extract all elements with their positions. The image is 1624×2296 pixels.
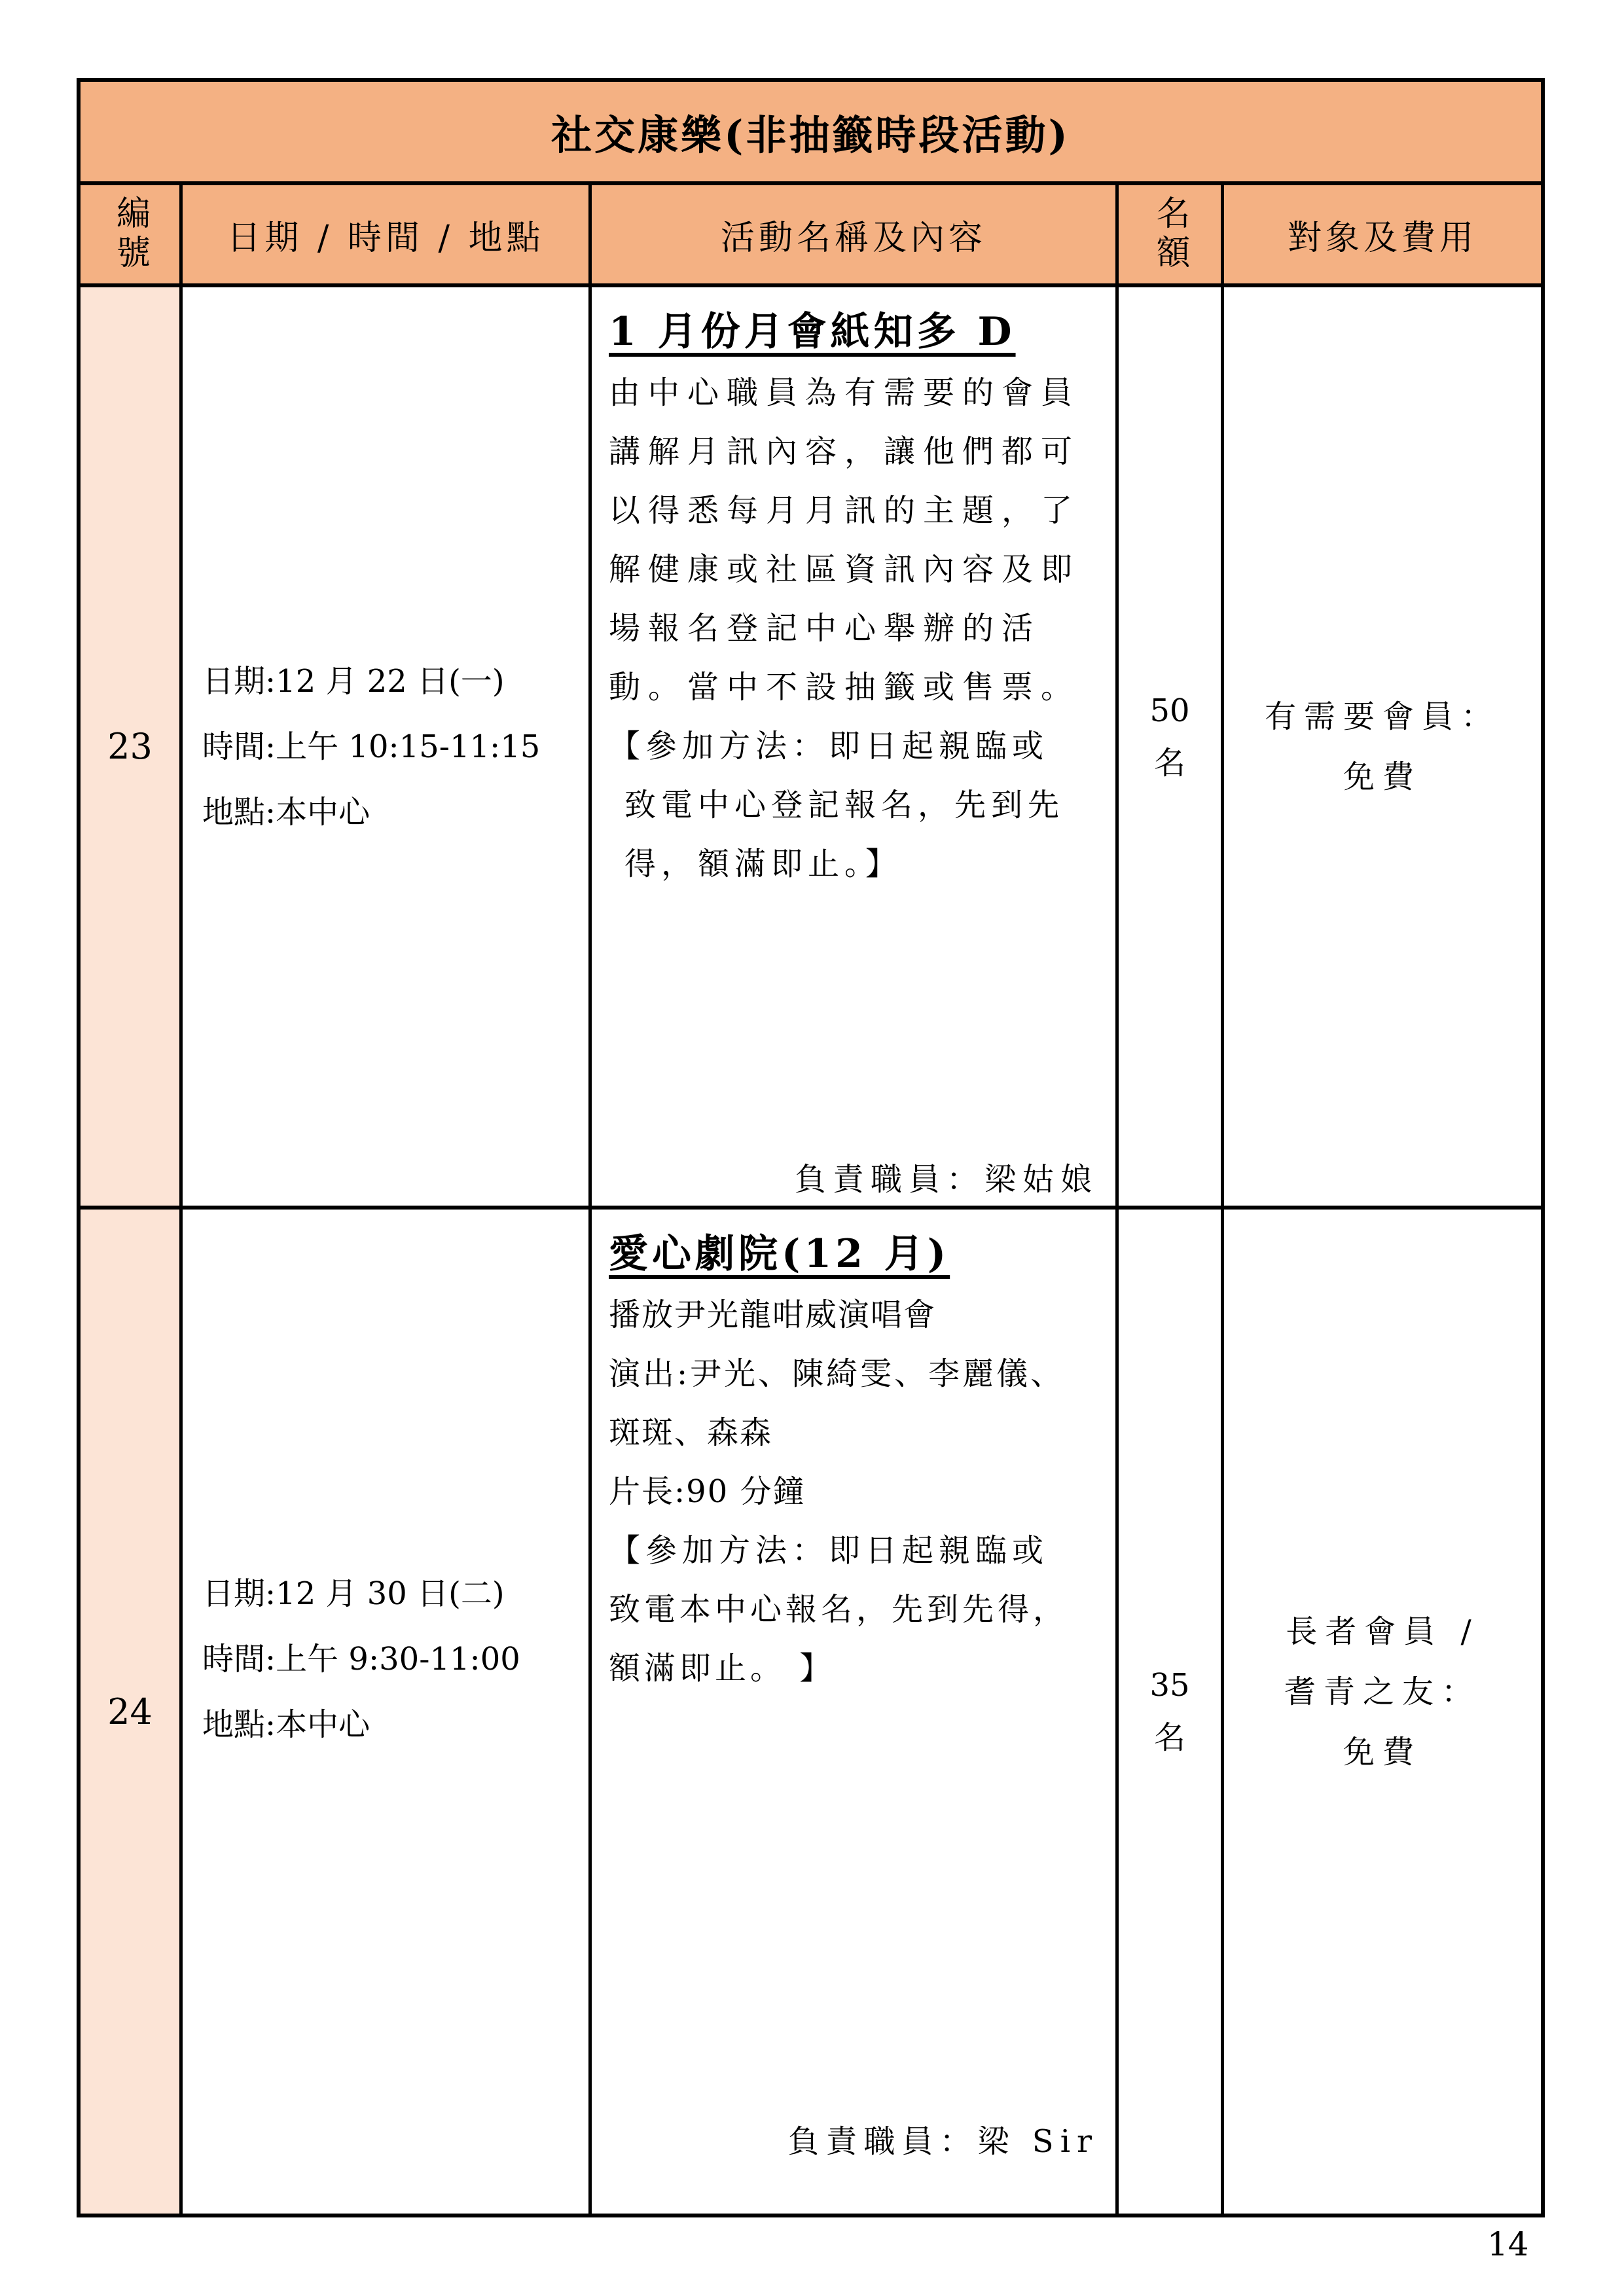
activity-description-line: 動。當中不設抽籤或售票。 xyxy=(609,658,1101,717)
column-divider xyxy=(179,181,183,2214)
column-header-datetime-label: 日期 / 時間 / 地點 xyxy=(226,210,544,259)
time-text: 時間:上午 9:30-11:00 xyxy=(202,1626,588,1692)
column-header-activity: 活動名稱及內容 xyxy=(592,185,1115,283)
target-fee-cell: 長者會員 / 耆青之友： 免費 xyxy=(1224,1210,1541,2214)
activity-cell: 愛心劇院(12 月) 播放尹光龍咁威演唱會 演出:尹光、陳綺雯、李麗儀、 斑斑、… xyxy=(592,1210,1115,2214)
quota-number: 35 xyxy=(1149,1659,1189,1712)
row-number-cell: 23 xyxy=(81,287,179,1206)
activity-table: 社交康樂(非抽籤時段活動) 編號 日期 / 時間 / 地點 活動名稱及內容 名額… xyxy=(77,78,1545,2217)
place-text: 地點:本中心 xyxy=(202,1692,588,1757)
enrollment-method-line: 【參加方法：即日起親臨或 xyxy=(609,1521,1101,1580)
datetime-cell: 日期:12 月 22 日(一) 時間:上午 10:15-11:15 地點:本中心 xyxy=(183,287,588,1206)
time-text: 時間:上午 10:15-11:15 xyxy=(202,714,588,780)
section-title: 社交康樂(非抽籤時段活動) xyxy=(81,82,1541,181)
date-text: 日期:12 月 30 日(二) xyxy=(202,1561,588,1626)
datetime-cell: 日期:12 月 30 日(二) 時間:上午 9:30-11:00 地點:本中心 xyxy=(183,1210,588,2214)
enrollment-method-line: 致電本中心報名，先到先得， xyxy=(609,1580,1101,1639)
row-number: 24 xyxy=(107,1691,153,1732)
staff-in-charge: 負責職員：梁姑娘 xyxy=(795,1154,1098,1199)
fee-text: 免費 xyxy=(1343,747,1422,807)
column-divider xyxy=(588,181,592,2214)
enrollment-method-line: 得，額滿即止。】 xyxy=(609,834,1101,893)
date-text: 日期:12 月 22 日(一) xyxy=(202,649,588,714)
column-header-quota: 名額 xyxy=(1119,185,1221,283)
column-header-number-label: 編號 xyxy=(113,195,147,274)
activity-description-line: 場報名登記中心舉辦的活 xyxy=(609,599,1101,658)
column-header-number: 編號 xyxy=(81,185,179,283)
target-text: 耆青之友： xyxy=(1284,1662,1481,1722)
activity-description-line: 講解月訊內容，讓他們都可 xyxy=(609,422,1101,481)
performers-line: 斑斑、森森 xyxy=(609,1403,1101,1462)
target-text: 長者會員 / xyxy=(1286,1602,1479,1662)
target-text: 有需要會員： xyxy=(1265,687,1500,747)
section-title-text: 社交康樂(非抽籤時段活動) xyxy=(551,103,1070,161)
activity-title: 愛心劇院(12 月) xyxy=(609,1223,1101,1285)
enrollment-method-line: 致電中心登記報名，先到先 xyxy=(609,776,1101,834)
row-number: 23 xyxy=(107,726,153,767)
quota-unit: 名 xyxy=(1154,737,1185,789)
quota-cell: 35 名 xyxy=(1119,1210,1221,2214)
quota-unit: 名 xyxy=(1154,1712,1185,1764)
place-text: 地點:本中心 xyxy=(202,780,588,845)
column-header-datetime: 日期 / 時間 / 地點 xyxy=(183,185,588,283)
activity-description-line: 解健康或社區資訊內容及即 xyxy=(609,540,1101,599)
target-fee-cell: 有需要會員： 免費 xyxy=(1224,287,1541,1206)
column-header-quota-label: 名額 xyxy=(1153,195,1187,274)
quota-number: 50 xyxy=(1149,685,1189,737)
fee-text: 免費 xyxy=(1343,1722,1422,1782)
enrollment-method-line: 額滿即止。 】 xyxy=(609,1639,1101,1698)
column-header-target: 對象及費用 xyxy=(1224,185,1541,283)
column-header-target-label: 對象及費用 xyxy=(1288,210,1477,259)
activity-cell: 1 月份月會紙知多 D 由中心職員為有需要的會員 講解月訊內容，讓他們都可 以得… xyxy=(592,287,1115,1206)
activity-description-line: 以得悉每月月訊的主題，了 xyxy=(609,481,1101,540)
activity-description-line: 由中心職員為有需要的會員 xyxy=(609,363,1101,422)
duration-line: 片長:90 分鐘 xyxy=(609,1462,1101,1521)
page-number: 14 xyxy=(1487,2225,1529,2263)
staff-in-charge: 負責職員：梁 Sir xyxy=(788,2116,1098,2161)
column-divider xyxy=(1115,181,1119,2214)
activity-description-line: 播放尹光龍咁威演唱會 xyxy=(609,1285,1101,1344)
enrollment-method-line: 【參加方法：即日起親臨或 xyxy=(609,717,1101,776)
column-divider xyxy=(1221,181,1224,2214)
row-number-cell: 24 xyxy=(81,1210,179,2214)
performers-line: 演出:尹光、陳綺雯、李麗儀、 xyxy=(609,1344,1101,1403)
activity-title: 1 月份月會紙知多 D xyxy=(609,300,1101,363)
column-header-activity-label: 活動名稱及內容 xyxy=(721,210,986,259)
quota-cell: 50 名 xyxy=(1119,287,1221,1206)
